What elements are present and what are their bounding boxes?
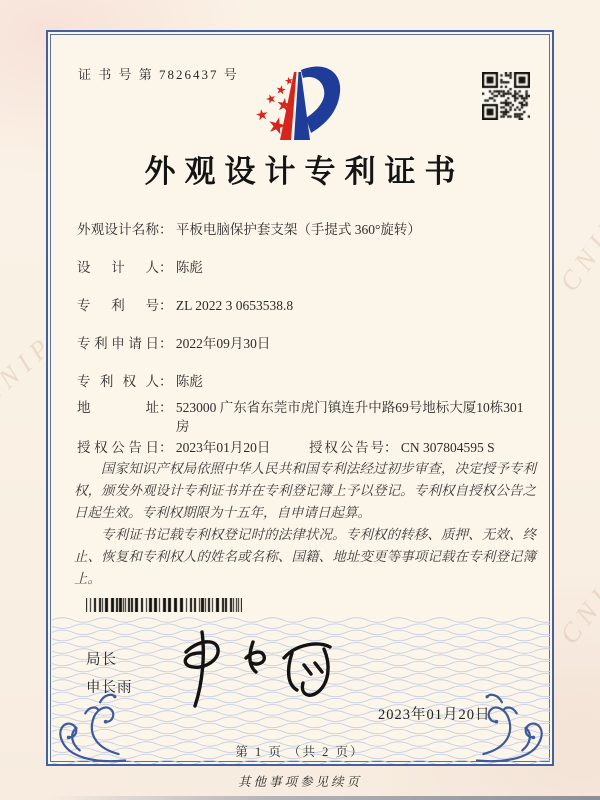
field-colon: ： bbox=[159, 398, 173, 418]
field-label: 专利权人 bbox=[77, 372, 159, 392]
field-grant-row: 授权公告日： 2023年01月20日 授权公告号： CN 307804595 S bbox=[77, 438, 533, 458]
certificate-frame: 证 书 号 第 7826437 号 外观设计专利 bbox=[46, 30, 554, 766]
field-colon: ： bbox=[384, 438, 398, 458]
field-label: 地址 bbox=[77, 398, 159, 418]
field-value: 2023年01月20日 bbox=[176, 440, 271, 455]
field-value: 523000 广东省东莞市虎门镇连升中路69号地标大厦10栋301房 bbox=[176, 398, 524, 436]
field-colon: ： bbox=[159, 334, 173, 354]
patent-certificate-page: CNIPA CNIPA CNIPA CNIPA CNIPA 证 书 号 第 78… bbox=[0, 0, 600, 800]
certificate-title: 外观设计专利证书 bbox=[48, 146, 552, 191]
scan-edge-shadow bbox=[50, 796, 600, 800]
field-filing-date: 专利申请日： 2022年09月30日 bbox=[77, 334, 533, 354]
field-label: 专利号 bbox=[77, 296, 159, 316]
legal-paragraph: 专利证书记载专利权登记时的法律状况。专利权的转移、质押、无效、终止、恢复和专利权… bbox=[74, 524, 536, 590]
qr-code bbox=[482, 72, 530, 120]
footer-note: 其他事项参见续页 bbox=[0, 772, 600, 790]
field-value: 陈彪 bbox=[176, 372, 524, 391]
field-value: 平板电脑保护套支架（手提式 360°旋转） bbox=[176, 220, 524, 239]
field-patentee: 专利权人： 陈彪 bbox=[77, 372, 533, 392]
cnipa-logo-icon bbox=[228, 54, 378, 146]
handwritten-signature bbox=[156, 622, 366, 722]
field-patent-number: 专利号： ZL 2022 3 0653538.8 bbox=[77, 296, 533, 316]
issue-date: 2023年01月20日 bbox=[378, 703, 491, 724]
certificate-number: 证 书 号 第 7826437 号 bbox=[78, 64, 239, 83]
field-label: 外观设计名称 bbox=[77, 220, 159, 240]
field-colon: ： bbox=[159, 258, 173, 278]
cnipa-watermark: CNIPA bbox=[554, 545, 600, 650]
field-address: 地址： 523000 广东省东莞市虎门镇连升中路69号地标大厦10栋301房 bbox=[77, 398, 533, 436]
field-colon: ： bbox=[159, 438, 173, 458]
field-design-name: 外观设计名称： 平板电脑保护套支架（手提式 360°旋转） bbox=[77, 220, 533, 240]
page-info: 第 1 页 （共 2 页） bbox=[48, 742, 552, 760]
field-label: 设计人 bbox=[77, 258, 159, 278]
field-grant-number: 授权公告号： CN 307804595 S bbox=[309, 438, 495, 458]
field-label: 授权公告日 bbox=[77, 438, 159, 458]
field-value: 2022年09月30日 bbox=[176, 334, 524, 353]
signer-title: 局长 bbox=[86, 648, 117, 669]
field-value: 陈彪 bbox=[176, 258, 524, 277]
signer-name: 申长雨 bbox=[86, 676, 133, 697]
field-label: 授权公告号 bbox=[309, 438, 384, 458]
field-designer: 设计人： 陈彪 bbox=[77, 258, 533, 278]
barcode bbox=[86, 598, 242, 612]
field-grant-date: 授权公告日： 2023年01月20日 bbox=[77, 440, 270, 455]
field-value: ZL 2022 3 0653538.8 bbox=[176, 296, 524, 315]
field-colon: ： bbox=[159, 296, 173, 316]
legal-paragraph: 国家知识产权局依照中华人民共和国专利法经过初步审查，决定授予专利权，颁发外观设计… bbox=[74, 458, 536, 524]
field-colon: ： bbox=[159, 220, 173, 240]
field-value: CN 307804595 S bbox=[401, 440, 495, 455]
field-colon: ： bbox=[159, 372, 173, 392]
legal-paragraphs: 国家知识产权局依照中华人民共和国专利法经过初步审查，决定授予专利权，颁发外观设计… bbox=[74, 458, 536, 590]
field-label: 专利申请日 bbox=[77, 334, 159, 354]
cnipa-watermark: CNIPA bbox=[554, 190, 600, 297]
